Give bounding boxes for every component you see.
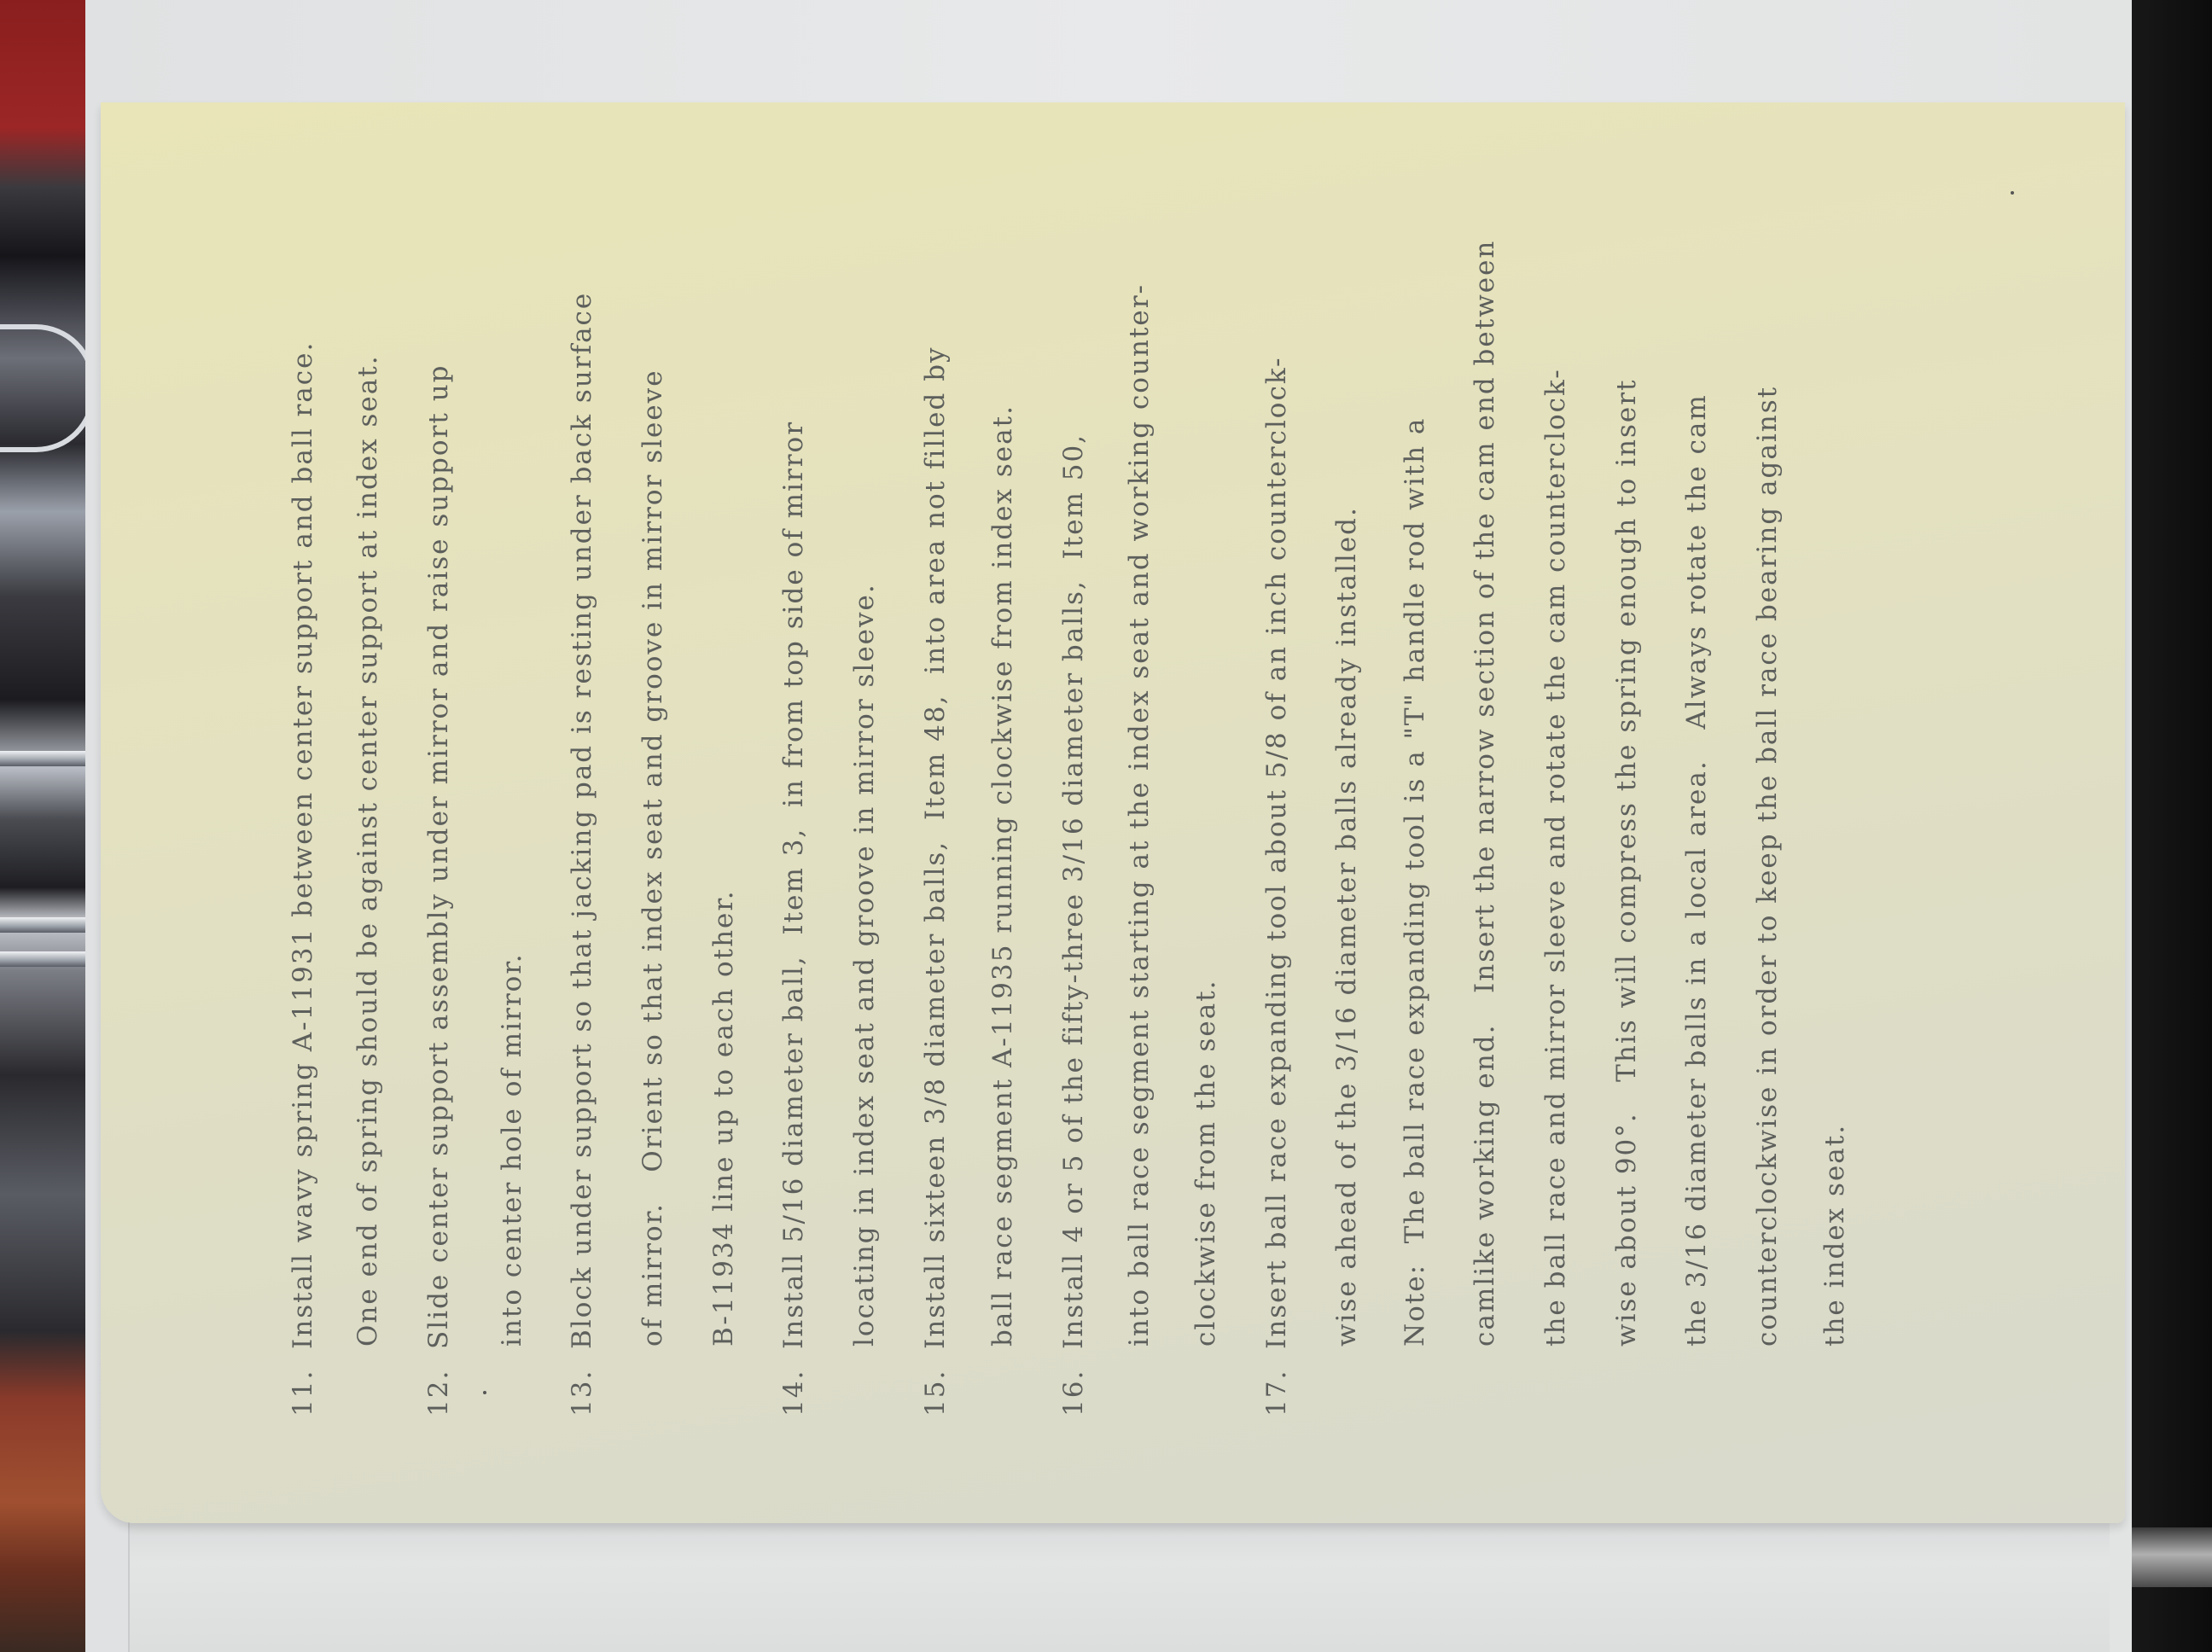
text-line: One end of spring should be against cent… — [355, 354, 381, 1347]
text-line: 16. Install 4 or 5 of the fifty-three 3/… — [1061, 433, 1087, 1416]
tool-shaft — [0, 951, 94, 967]
text-line: clockwise from the seat. — [1193, 979, 1220, 1347]
paper-speck — [483, 1391, 486, 1394]
text-line: the 3/16 diameter balls in a local area.… — [1684, 393, 1710, 1347]
tool-shaft — [0, 751, 94, 766]
text-line: counterclockwise in order to keep the ba… — [1755, 386, 1781, 1347]
tool-ring — [0, 324, 96, 452]
tool-shaft — [0, 917, 94, 933]
text-line: 13. Block under support so that jacking … — [569, 292, 596, 1416]
text-line: 12. Slide center support assembly under … — [426, 364, 452, 1416]
text-line: into ball race segment starting at the i… — [1126, 283, 1153, 1347]
background-right — [2118, 0, 2212, 1652]
text-line: Note: The ball race expanding tool is a … — [1402, 417, 1429, 1347]
text-line: the index seat. — [1822, 1124, 1848, 1347]
text-line: the ball race and mirror sleeve and rota… — [1543, 368, 1569, 1347]
background-rod — [2118, 1527, 2212, 1587]
text-line: 17. Insert ball race expanding tool abou… — [1264, 356, 1290, 1416]
text-line: ball race segment A-11935 running clockw… — [990, 404, 1016, 1347]
text-line: 15. Install sixteen 3/8 diameter balls, … — [923, 346, 949, 1416]
paper-speck — [2011, 191, 2014, 195]
text-line: locating in index seat and groove in mir… — [852, 583, 878, 1347]
facing-page — [128, 1502, 2110, 1652]
text-line: camlike working end. Insert the narrow s… — [1472, 240, 1499, 1347]
text-line: B-11934 line up to each other. — [711, 889, 737, 1347]
text-line: wise ahead of the 3/16 diameter balls al… — [1334, 506, 1360, 1347]
text-line: into center hole of mirror. — [499, 952, 526, 1347]
text-line: 14. Install 5/16 diameter ball, Item 3, … — [781, 421, 807, 1416]
text-line: of mirror. Orient so that index seat and… — [640, 369, 667, 1347]
text-line: 11. Install wavy spring A-11931 between … — [290, 341, 317, 1416]
text-line: wise about 90°. This will compress the s… — [1614, 378, 1640, 1347]
